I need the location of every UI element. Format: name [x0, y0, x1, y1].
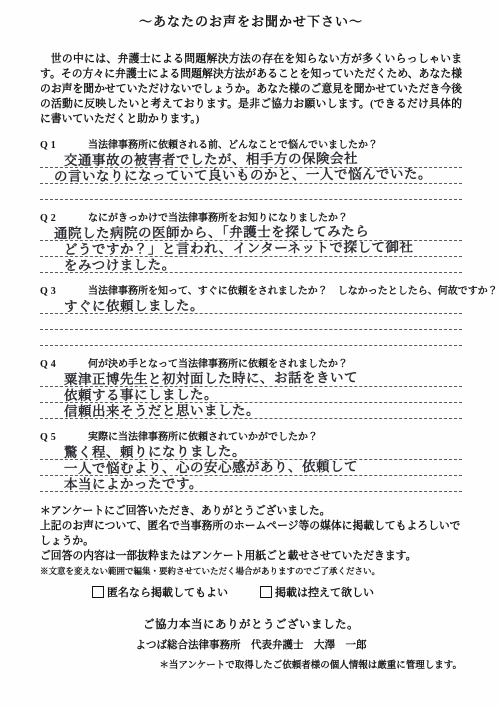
question-block-q2: Q2なにがきっかけで当法律事務所をお知りになりましたか？ 通院した病院の医師から… [40, 212, 462, 273]
question-header: Q2なにがきっかけで当法律事務所をお知りになりましたか？ [40, 212, 462, 225]
answer-line: 依頼する事にしました。 [40, 387, 462, 403]
publish-request-line1: 上記のお声について、匿名で当事務所のホームページ等の媒体に掲載してもよろしいでし… [40, 519, 462, 549]
question-block-q4: Q4何が決め手となって当法律事務所に依頼をされましたか？ 粟津正博先生と初対面し… [40, 358, 462, 419]
question-number: Q2 [40, 212, 88, 225]
answer-line: 驚く程、頼りになりました。 [40, 444, 462, 460]
question-number: Q3 [40, 285, 88, 298]
answer-line: の言いなりになっていて良いものかと、一人で悩んでいた。 [40, 168, 462, 184]
answer-line: 粟津正博先生と初対面した時に、お話をきいて [40, 371, 462, 387]
question-header: Q5実際に当法律事務所に依頼されていかがでしたか？ [40, 431, 462, 444]
question-block-q1: Q1当法律事務所に依頼される前、どんなことで悩んでいましたか？ 交通事故の被害者… [40, 139, 462, 200]
checkbox-icon [260, 586, 272, 598]
checkbox-icon [92, 586, 104, 598]
checkbox-label: 掲載は控えて欲しい [275, 584, 374, 600]
thanks-note: ＊アンケートにご回答いただき、ありがとうございました。 [40, 504, 462, 519]
handwritten-answer: 信頼出来そうだと思いました。 [64, 404, 260, 420]
answer-line [40, 184, 462, 200]
handwritten-answer: 一人で悩むより、心の安心感があり、依頼して [64, 460, 358, 477]
answer-line: をみつけました。 [40, 257, 462, 273]
questionnaire-page: ～あなたのお声をお聞かせ下さい～ 世の中には、弁護士による問題解決方法の存在を知… [0, 0, 500, 707]
question-header: Q3当法律事務所を知って、すぐに依頼をされましたか？ しなかったとしたら、何故で… [40, 285, 462, 298]
publish-consent-options: 匿名なら掲載してもよい 掲載は控えて欲しい [92, 584, 462, 600]
page-title: ～あなたのお声をお聞かせ下さい～ [40, 14, 462, 30]
handwritten-answer: 驚く程、頼りになりました。 [64, 445, 246, 461]
handwritten-answer: 本当によかったです。 [64, 477, 203, 493]
answer-line: すぐに依頼しました。 [40, 298, 462, 314]
question-header: Q1当法律事務所に依頼される前、どんなことで悩んでいましたか？ [40, 139, 462, 152]
question-text: なにがきっかけで当法律事務所をお知りになりましたか？ [88, 213, 348, 224]
answer-line: 本当によかったです。 [40, 476, 462, 492]
question-text: 当法律事務所を知って、すぐに依頼をされましたか？ しなかったとしたら、何故ですか… [88, 286, 498, 297]
answer-line: 通院した病院の医師から、「弁護士を探してみたら [40, 225, 462, 241]
question-number: Q1 [40, 139, 88, 152]
handwritten-answer: 粟津正博先生と初対面した時に、お話をきいて [64, 371, 358, 388]
checkbox-decline-publish[interactable]: 掲載は控えて欲しい [260, 584, 374, 600]
privacy-note: ＊当アンケートで取得したご依頼者様の個人情報は厳重に管理します。 [40, 657, 462, 671]
handwritten-answer: 依頼する事にしました。 [64, 388, 218, 404]
question-number: Q5 [40, 431, 88, 444]
answer-line: どうですか？」と言われ、インターネットで探して御社 [40, 241, 462, 257]
closing-message: ご協力本当にありがとうございました。 [40, 616, 462, 632]
question-block-q5: Q5実際に当法律事務所に依頼されていかがでしたか？ 驚く程、頼りになりました。 … [40, 431, 462, 492]
handwritten-answer: すぐに依頼しました。 [64, 299, 204, 315]
handwritten-answer: の言いなりになっていて良いものかと、一人で悩んでいた。 [54, 167, 432, 185]
question-header: Q4何が決め手となって当法律事務所に依頼をされましたか？ [40, 358, 462, 371]
footer-notes: ＊アンケートにご回答いただき、ありがとうございました。 上記のお声について、匿名… [40, 504, 462, 564]
edit-disclaimer: ※文意を変えない範囲で編集・要約させていただく場合がありますのでご了承ください。 [40, 566, 462, 577]
answer-line: 信頼出来そうだと思いました。 [40, 403, 462, 419]
intro-paragraph: 世の中には、弁護士による問題解決方法の存在を知らない方が多くいらっしゃいます。そ… [40, 52, 462, 127]
question-number: Q4 [40, 358, 88, 371]
question-block-q3: Q3当法律事務所を知って、すぐに依頼をされましたか？ しなかったとしたら、何故で… [40, 285, 462, 346]
checkbox-label: 匿名なら掲載してもよい [107, 584, 228, 600]
question-text: 何が決め手となって当法律事務所に依頼をされましたか？ [88, 359, 348, 370]
office-signature: よつば総合法律事務所 代表弁護士 大澤 一郎 [40, 637, 462, 652]
answer-line: 一人で悩むより、心の安心感があり、依頼して [40, 460, 462, 476]
checkbox-anonymous-ok[interactable]: 匿名なら掲載してもよい [92, 584, 228, 600]
question-text: 当法律事務所に依頼される前、どんなことで悩んでいましたか？ [88, 140, 378, 151]
answer-line [40, 330, 462, 346]
question-text: 実際に当法律事務所に依頼されていかがでしたか？ [88, 432, 318, 443]
handwritten-answer: どうですか？」と言われ、インターネットで探して御社 [64, 241, 414, 258]
publish-request-line2: ご回答の内容は一部抜粋またはアンケート用紙ごと載せさせていただきます。 [40, 549, 462, 564]
answer-line [40, 314, 462, 330]
handwritten-answer: をみつけました。 [64, 258, 176, 274]
